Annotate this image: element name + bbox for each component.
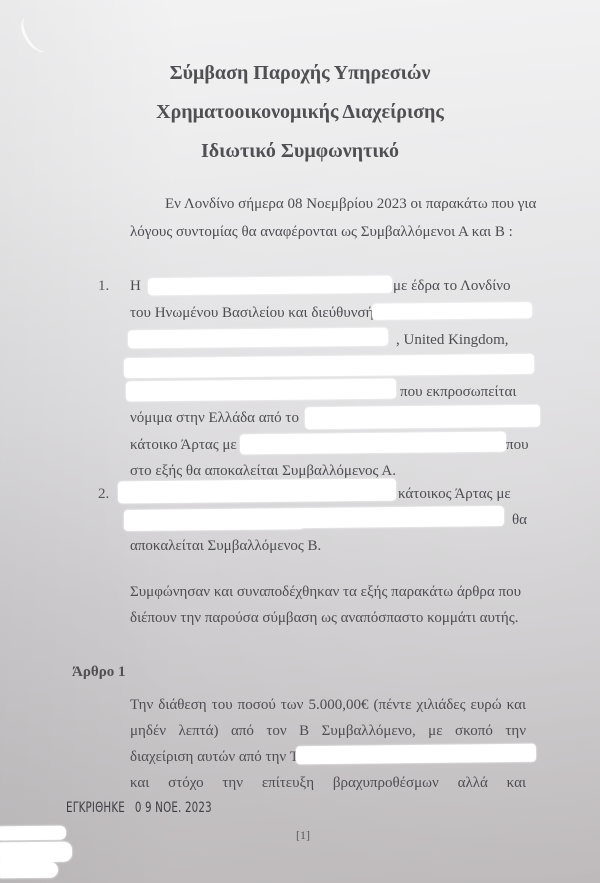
party-2-line-1-end: κάτοικος Άρτας με: [398, 486, 511, 503]
document-title-line-2: Χρηματοοικονομικής Διαχείρισης: [0, 101, 600, 124]
redaction: [296, 744, 536, 765]
party-1-line-1-end: με έδρα το Λονδίνο: [393, 278, 511, 295]
redaction: [0, 842, 72, 863]
document-title-line-3: Ιδιωτικό Συμφωνητικό: [0, 140, 600, 163]
article-1-line-1: Την διάθεση του ποσού των 5.000,00€ (πέν…: [130, 697, 526, 714]
approval-stamp: ΕΓΚΡΙΘΗΚΕ0 9 ΝΟΕ. 2023: [66, 800, 212, 816]
party-2-line-3: αποκαλείται Συμβαλλόμενος Β.: [130, 538, 321, 555]
party-1-line-1-start: Η: [130, 278, 141, 295]
paper-scratch: [17, 11, 57, 58]
party-1-line-6: νόμιμα στην Ελλάδα από το: [130, 410, 299, 427]
redaction: [118, 479, 396, 504]
party-1-line-7-end: που: [506, 437, 529, 454]
article-1-line-2: μηδέν λεπτά) από τον Β Συμβαλλόμενο, με …: [130, 723, 526, 740]
page-number: [1]: [296, 828, 310, 843]
party-1-number: 1.: [98, 278, 109, 295]
redaction: [124, 354, 534, 378]
party-1-line-2: του Ηνωμένου Βασιλείου και διεύθυνσή: [130, 305, 374, 322]
redaction: [372, 302, 532, 320]
redaction: [0, 862, 58, 879]
party-1-line-3-end: , United Kingdom,: [396, 332, 509, 349]
article-1-heading: Άρθρο 1: [72, 664, 125, 681]
intro-line-1: Εν Λονδίνο σήμερα 08 Νοεμβρίου 2023 οι π…: [165, 196, 523, 213]
redaction: [240, 432, 506, 455]
redaction: [128, 328, 388, 349]
party-1-line-8: στο εξής θα αποκαλείται Συμβαλλόμενος Α.: [130, 463, 396, 480]
stamp-label: ΕΓΚΡΙΘΗΚΕ: [66, 800, 125, 816]
party-1-line-7-start: κάτοικο Άρτας με: [130, 437, 237, 454]
party-2-line-2-end: θα: [512, 512, 527, 529]
stamp-date: 0 9 ΝΟΕ. 2023: [135, 800, 212, 816]
redaction: [305, 405, 540, 429]
redaction: [148, 276, 392, 296]
agreement-line-1: Συμφώνησαν και συναποδέχθηκαν τα εξής πα…: [130, 584, 521, 601]
intro-line-2: λόγους συντομίας θα αναφέρονται ως Συμβα…: [130, 224, 513, 241]
article-1-line-3: διαχείριση αυτών από την Τ: [130, 749, 299, 766]
document-title-line-1: Σύμβαση Παροχής Υπηρεσιών: [0, 62, 600, 85]
party-2-number: 2.: [98, 486, 109, 503]
redaction: [126, 379, 396, 402]
article-1-line-4: και στόχο την επίτευξη βραχυπροθέσμων αλ…: [130, 775, 526, 792]
agreement-line-2: διέπουν την παρούσα σύμβαση ως αναπόσπασ…: [130, 610, 518, 627]
redaction: [0, 826, 66, 841]
party-1-line-5-end: που εκπροσωπείται: [400, 384, 516, 401]
redaction: [124, 521, 304, 531]
